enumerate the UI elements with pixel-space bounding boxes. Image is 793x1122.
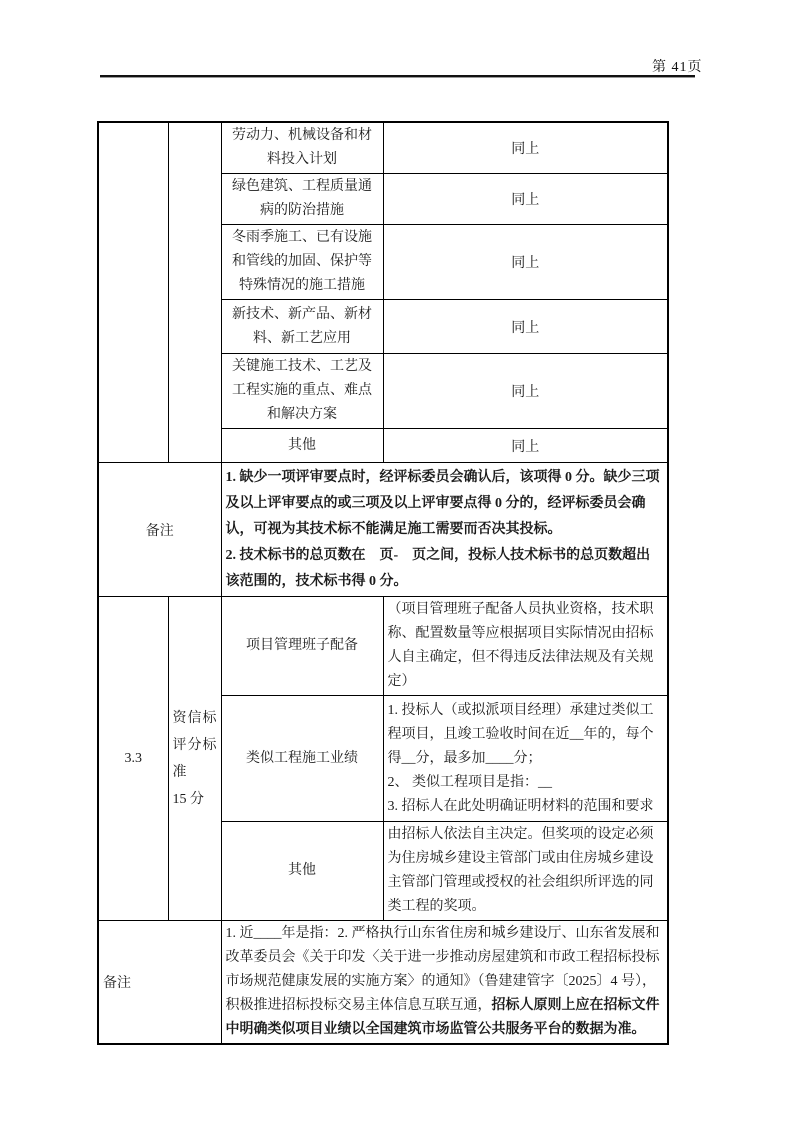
- criterion-label: 其他: [221, 429, 383, 463]
- remark2-label: 备注: [98, 921, 221, 1045]
- criterion-label: 项目管理班子配备: [221, 597, 383, 696]
- section33-index: 3.3: [98, 597, 168, 921]
- criterion-label: 冬雨季施工、已有设施和管线的加固、保护等特殊情况的施工措施: [221, 225, 383, 300]
- criterion-value: 同上: [383, 354, 668, 429]
- document-page: 第 41页 劳动力、机械设备和材料投入计划 同上 绿色建筑、工程质量通病的防治措…: [0, 0, 793, 1122]
- criterion-label: 其他: [221, 822, 383, 921]
- header-rule: [100, 75, 695, 78]
- evaluation-criteria-table: 劳动力、机械设备和材料投入计划 同上 绿色建筑、工程质量通病的防治措施 同上 冬…: [97, 121, 669, 1045]
- remark1-row: 备注 1. 缺少一项评审要点时，经评标委员会确认后，该项得 0 分。缺少三项及以…: [98, 463, 668, 597]
- page-number: 第 41页: [652, 56, 703, 76]
- section33-category: 资信标评分标准 15 分: [168, 597, 221, 921]
- continuation-index-cell: [98, 122, 168, 463]
- remark2-row: 备注 1. 近____年是指：2. 严格执行山东省住房和城乡建设厅、山东省发展和…: [98, 921, 668, 1045]
- criterion-description: 由招标人依法自主决定。但奖项的设定必须为住房城乡建设主管部门或由住房城乡建设主管…: [383, 822, 668, 921]
- criterion-value: 同上: [383, 174, 668, 225]
- criterion-label: 类似工程施工业绩: [221, 696, 383, 822]
- remark1-text: 1. 缺少一项评审要点时，经评标委员会确认后，该项得 0 分。缺少三项及以上评审…: [221, 463, 668, 597]
- criterion-value: 同上: [383, 225, 668, 300]
- remark2-text: 1. 近____年是指：2. 严格执行山东省住房和城乡建设厅、山东省发展和改革委…: [221, 921, 668, 1045]
- criterion-value: 同上: [383, 122, 668, 174]
- criterion-label: 关键施工技术、工艺及工程实施的重点、难点和解决方案: [221, 354, 383, 429]
- criterion-label: 绿色建筑、工程质量通病的防治措施: [221, 174, 383, 225]
- criterion-value: 同上: [383, 429, 668, 463]
- criterion-value: 同上: [383, 300, 668, 354]
- continuation-category-cell: [168, 122, 221, 463]
- criterion-description: （项目管理班子配备人员执业资格，技术职称、配置数量等应根据项目实际情况由招标人自…: [383, 597, 668, 696]
- criterion-label: 劳动力、机械设备和材料投入计划: [221, 122, 383, 174]
- table-row: 劳动力、机械设备和材料投入计划 同上: [98, 122, 668, 174]
- criterion-label: 新技术、新产品、新材料、新工艺应用: [221, 300, 383, 354]
- remark1-label: 备注: [98, 463, 221, 597]
- section33-row: 3.3 资信标评分标准 15 分 项目管理班子配备 （项目管理班子配备人员执业资…: [98, 597, 668, 696]
- criterion-description: 1. 投标人（或拟派项目经理）承建过类似工程项目，且竣工验收时间在近__年的，每…: [383, 696, 668, 822]
